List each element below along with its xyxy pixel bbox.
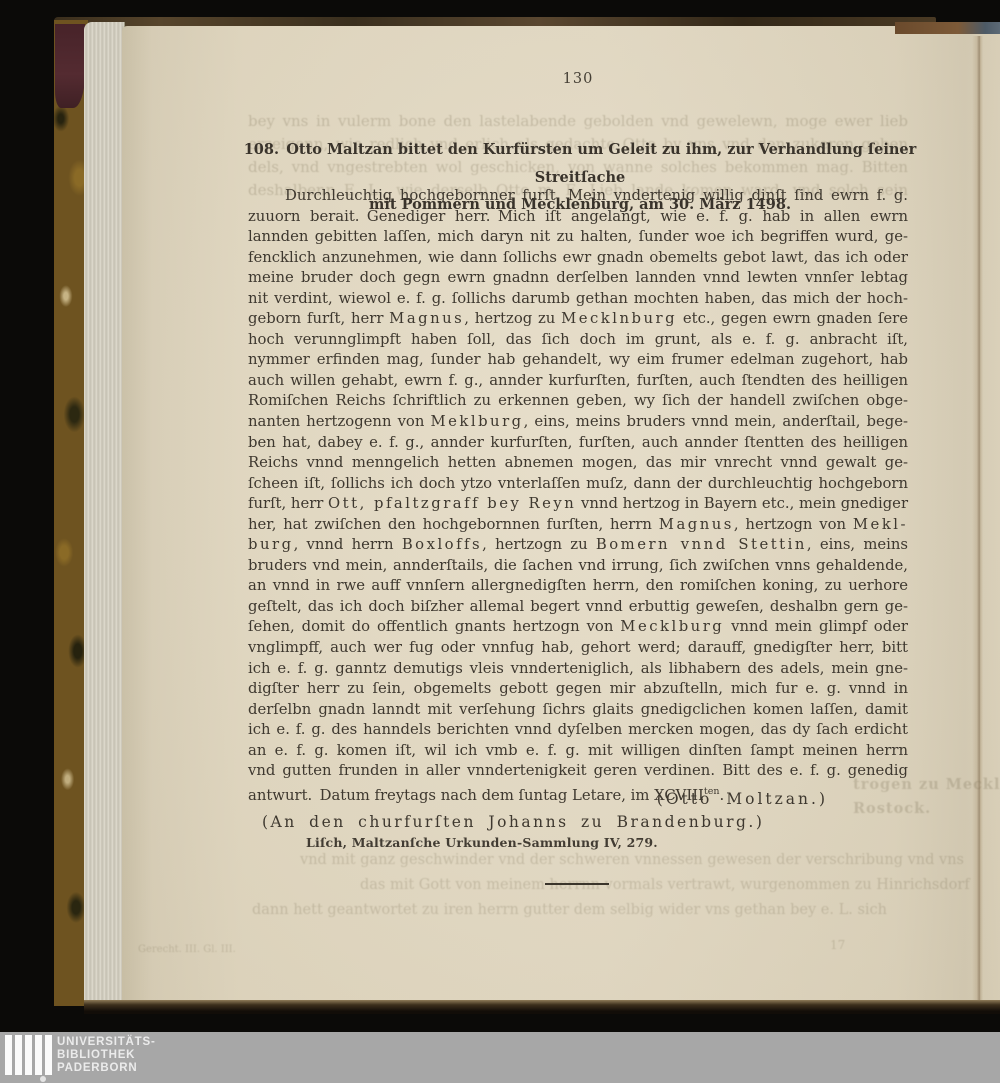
text-line: ſcheen iſt, ſollichs ich doch ytzo vnter…	[248, 474, 908, 495]
library-name: UNIVERSITÄTS- BIBLIOTHEK PADERBORN	[57, 1036, 156, 1075]
library-watermark-bar: UNIVERSITÄTS- BIBLIOTHEK PADERBORN	[0, 1032, 1000, 1083]
page-edges	[84, 22, 125, 1006]
text-line: ben hat, dabey e. f. g., annder kurfurſt…	[248, 433, 908, 454]
text-line: digſter herr zu ſein, obgemelts gebott g…	[248, 679, 908, 700]
text-line: meine bruder doch gegn ewrn gnadnn derſe…	[248, 268, 908, 289]
text-line: fencklich anzunehmen, wie dann ſollichs …	[248, 248, 908, 269]
text-line: derſelbn gnadn lanndt mit verſehung ſich…	[248, 700, 908, 721]
text-line: nanten hertzogenn von Meklburg, eins, me…	[248, 412, 908, 433]
signature-line: (Otto Moltzan.)	[248, 790, 828, 808]
text-line: ich e. f. g. des hanndels berichten vnnd…	[248, 720, 908, 741]
spine-corner	[55, 24, 85, 108]
letter-body: Durchleuchtig hochgebornner furſt. Mein …	[248, 186, 908, 806]
text-line: Durchleuchtig hochgebornner furſt. Mein …	[248, 186, 908, 207]
text-line: geborn furſt, herr Magnus, hertzog zu Me…	[248, 309, 908, 330]
text-line: auch willen gehabt, ewrn f. g., annder k…	[248, 371, 908, 392]
text-line: lannden gebitten laſſen, mich daryn nit …	[248, 227, 908, 248]
text-line: furſt, herr Ott, pfaltzgraff bey Reyn vn…	[248, 494, 908, 515]
address-line: (An den churfurſten Johanns zu Brandenbu…	[262, 813, 764, 831]
text-line: vnd gutten frunden in aller vnndertenigk…	[248, 761, 908, 782]
book-bottom-edge	[84, 1000, 1000, 1014]
book-cover-marbled	[54, 20, 88, 1006]
text-line: geſtelt, das ich doch biſzher allemal be…	[248, 597, 908, 618]
page-number: 130	[248, 71, 908, 87]
ub-paderborn-logo-icon	[5, 1035, 57, 1081]
bleedthrough-page-number: 17	[830, 938, 845, 952]
text-line: nymmer erfinden mag, ſunder hab gehandel…	[248, 350, 908, 371]
text-line: nit verdint, wiewol e. f. g. ſollichs da…	[248, 289, 908, 310]
bleedthrough-line: vnd mit ganz geschwinder vnd der schwere…	[300, 852, 964, 868]
section-divider-rule	[545, 883, 609, 885]
text-line: an e. f. g. komen iſt, wil ich vmb e. f.…	[248, 741, 908, 762]
text-line: hoch verunnglimpft haben ſoll, das ſich …	[248, 330, 908, 351]
book-scan: bey vns in vulerm bone den lastelabende …	[0, 0, 1000, 1083]
library-name-line-1: UNIVERSITÄTS-	[57, 1036, 156, 1049]
text-line: an vnnd in rwe auff vnnſern allergnedigſ…	[248, 576, 908, 597]
text-line: vnglimpff, auch wer fug oder vnnfug hab,…	[248, 638, 908, 659]
page-gutter-crease	[972, 36, 986, 1002]
text-line: bey vns in vulerm bone den lastelabende …	[248, 110, 908, 133]
library-name-line-3: PADERBORN	[57, 1062, 156, 1075]
heading-line-1: 108. Otto Maltzan bittet den Kurfürsten …	[228, 136, 932, 191]
text-line: ſehen, domit do offentlich gnants hertzo…	[248, 617, 908, 638]
text-line: Reichs vnnd menngelich hetten abnemen mo…	[248, 453, 908, 474]
adjacent-spine-edge	[895, 22, 1000, 34]
text-line: bruders vnd mein, annderſtails, die ſach…	[248, 556, 908, 577]
text-line: burg, vnnd herrn Boxloffs, hertzogn zu B…	[248, 535, 908, 556]
bleedthrough-line: dann hett geantwortet zu iren herrn gutt…	[252, 902, 887, 918]
text-line: her, hat zwiſchen den hochgebornnen furſ…	[248, 515, 908, 536]
text-line: ich e. f. g. ganntz demutigs vleis vnnde…	[248, 659, 908, 680]
source-citation: Liſch, Maltzanſche Urkunden-Sammlung IV,…	[306, 835, 658, 850]
text-line: Romiſchen Reichs ſchriftlich zu erkennen…	[248, 391, 908, 412]
bleedthrough-line: das mit Gott von meinem herrnn vormals v…	[360, 877, 970, 893]
text-line: zuuorn berait. Genediger herr. Mich iſt …	[248, 207, 908, 228]
library-name-line-2: BIBLIOTHEK	[57, 1049, 156, 1062]
bleedthrough-line: Gerecht. III. Gl. III.	[138, 944, 236, 955]
